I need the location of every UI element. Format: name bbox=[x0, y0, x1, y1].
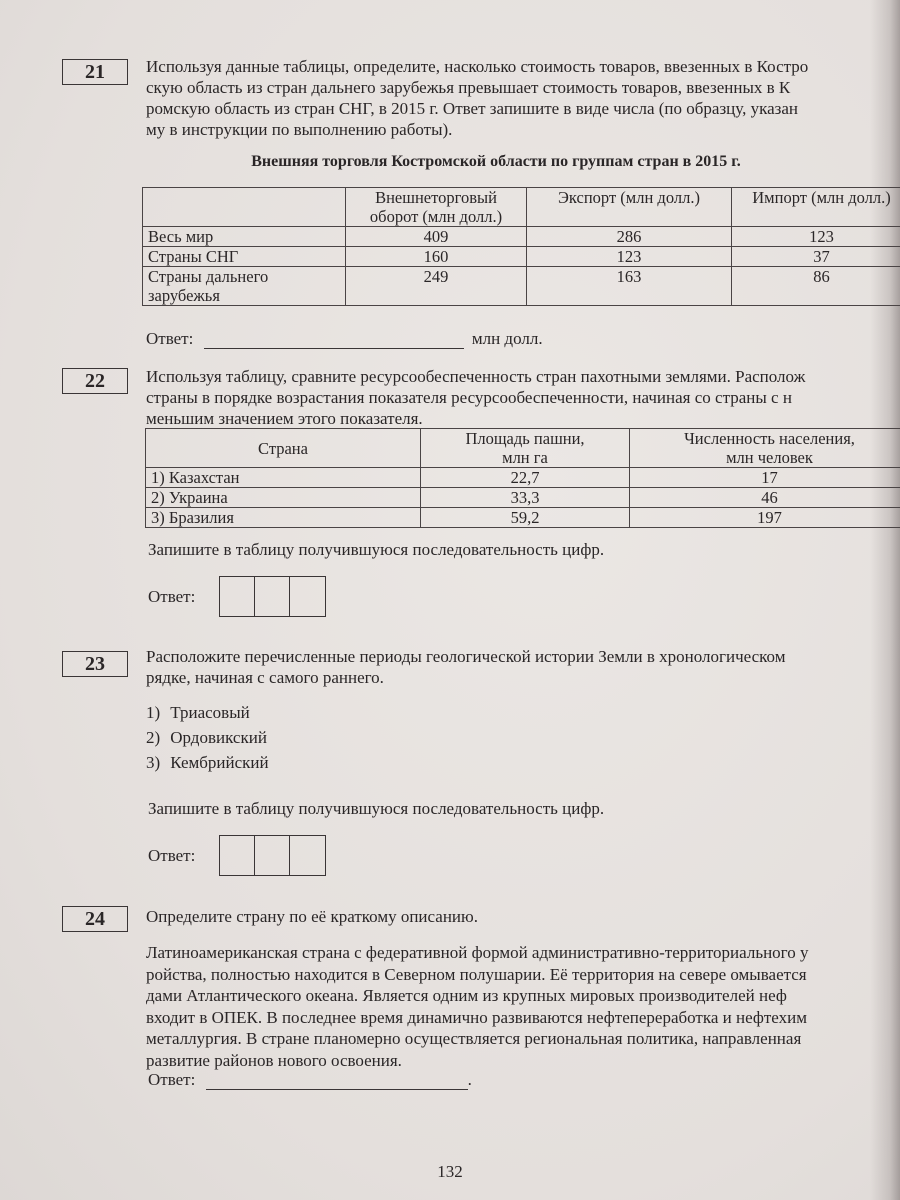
task-24-prompt: Определите страну по её краткому описани… bbox=[146, 906, 900, 927]
import-value: 86 bbox=[732, 267, 900, 306]
task-24-answer: Ответ: . bbox=[148, 1070, 472, 1090]
description-line: металлургия. В стране планомерно осущест… bbox=[146, 1028, 900, 1050]
row-label: Страны дальнего зарубежья bbox=[143, 267, 346, 306]
task-23-answer: Ответ: bbox=[148, 835, 326, 876]
header-text: Численность населения, bbox=[635, 429, 900, 448]
turnover-value: 160 bbox=[346, 247, 527, 267]
export-value: 163 bbox=[527, 267, 732, 306]
answer-input[interactable] bbox=[206, 1071, 468, 1090]
export-value: 123 bbox=[527, 247, 732, 267]
answer-input[interactable] bbox=[204, 330, 464, 349]
task-22-answer: Ответ: bbox=[148, 576, 326, 617]
answer-cell-1[interactable] bbox=[220, 577, 255, 616]
task-number-badge: 22 bbox=[62, 368, 128, 394]
arable-value: 22,7 bbox=[421, 468, 630, 488]
row-label: Весь мир bbox=[143, 227, 346, 247]
header-text: Внешнеторговый bbox=[351, 188, 521, 207]
option-item: 2) Ордовикский bbox=[146, 725, 269, 750]
turnover-value: 409 bbox=[346, 227, 527, 247]
table-header-cell: Экспорт (млн долл.) bbox=[527, 188, 732, 227]
answer-label: Ответ: bbox=[148, 846, 195, 866]
question-line: ромскую область из стран СНГ, в 2015 г. … bbox=[146, 98, 900, 119]
answer-cell-2[interactable] bbox=[255, 577, 290, 616]
table-row: Весь мир 409 286 123 bbox=[143, 227, 900, 247]
question-line: Используя таблицу, сравните ресурсообесп… bbox=[146, 366, 900, 387]
question-line: му в инструкции по выполнению работы). bbox=[146, 119, 900, 140]
population-value: 17 bbox=[630, 468, 900, 488]
answer-cells bbox=[219, 835, 326, 876]
export-value: 286 bbox=[527, 227, 732, 247]
arable-land-table: Страна Площадь пашни, млн га Численность… bbox=[145, 428, 900, 528]
question-line: Расположите перечисленные периоды геолог… bbox=[146, 646, 900, 667]
table-header-row: Страна Площадь пашни, млн га Численность… bbox=[146, 429, 900, 468]
option-label: Триасовый bbox=[170, 703, 249, 722]
answer-cell-1[interactable] bbox=[220, 836, 255, 875]
question-line: скую область из стран дальнего зарубежья… bbox=[146, 77, 900, 98]
description-line: Латиноамериканская страна с федеративной… bbox=[146, 942, 900, 964]
question-line: меньшим значением этого показателя. bbox=[146, 408, 900, 429]
answer-cell-2[interactable] bbox=[255, 836, 290, 875]
description-line: ройства, полностью находится в Северном … bbox=[146, 964, 900, 986]
task-22-instruction: Запишите в таблицу получившуюся последов… bbox=[148, 540, 604, 560]
question-line: страны в порядке возрастания показателя … bbox=[146, 387, 900, 408]
option-number: 1) bbox=[146, 700, 166, 725]
description-line: дами Атлантического океана. Является одн… bbox=[146, 985, 900, 1007]
arable-value: 59,2 bbox=[421, 508, 630, 528]
table-header-cell: Площадь пашни, млн га bbox=[421, 429, 630, 468]
answer-label: Ответ: bbox=[148, 587, 195, 607]
import-value: 37 bbox=[732, 247, 900, 267]
header-text: Площадь пашни, bbox=[426, 429, 624, 448]
description-line: входит в ОПЕК. В последнее время динамич… bbox=[146, 1007, 900, 1029]
table-header-row: Внешнеторговый оборот (млн долл.) Экспор… bbox=[143, 188, 900, 227]
task-number-badge: 24 bbox=[62, 906, 128, 932]
description-line: развитие районов нового освоения. bbox=[146, 1050, 900, 1072]
header-text: оборот (млн долл.) bbox=[351, 207, 521, 226]
table-header-cell: Численность населения, млн человек bbox=[630, 429, 900, 468]
question-line: рядке, начиная с самого раннего. bbox=[146, 667, 900, 688]
textbook-page: 21 Используя данные таблицы, определите,… bbox=[0, 0, 900, 1200]
option-label: Ордовикский bbox=[170, 728, 267, 747]
table-title: Внешняя торговля Костромской области по … bbox=[146, 153, 846, 171]
row-label: Страны СНГ bbox=[143, 247, 346, 267]
task-number-badge: 23 bbox=[62, 651, 128, 677]
import-value: 123 bbox=[732, 227, 900, 247]
task-22-question: Используя таблицу, сравните ресурсообесп… bbox=[146, 366, 900, 429]
country-name: 1) Казахстан bbox=[146, 468, 421, 488]
table-row: Страны СНГ 160 123 37 bbox=[143, 247, 900, 267]
population-value: 46 bbox=[630, 488, 900, 508]
answer-label: Ответ: bbox=[146, 329, 193, 348]
table-row: 2) Украина 33,3 46 bbox=[146, 488, 900, 508]
table-header-cell: Внешнеторговый оборот (млн долл.) bbox=[346, 188, 527, 227]
answer-label: Ответ: bbox=[148, 1070, 195, 1089]
turnover-value: 249 bbox=[346, 267, 527, 306]
row-label-text: Страны дальнего bbox=[148, 267, 340, 286]
question-line: Используя данные таблицы, определите, на… bbox=[146, 56, 900, 77]
option-item: 3) Кембрийский bbox=[146, 750, 269, 775]
answer-unit: млн долл. bbox=[472, 329, 543, 348]
country-description: Латиноамериканская страна с федеративной… bbox=[146, 942, 900, 1072]
population-value: 197 bbox=[630, 508, 900, 528]
page-number: 132 bbox=[0, 1162, 900, 1182]
period-options: 1) Триасовый 2) Ордовикский 3) Кембрийск… bbox=[146, 700, 269, 775]
answer-cell-3[interactable] bbox=[290, 836, 325, 875]
arable-value: 33,3 bbox=[421, 488, 630, 508]
option-label: Кембрийский bbox=[170, 753, 268, 772]
table-row: 1) Казахстан 22,7 17 bbox=[146, 468, 900, 488]
header-text: млн человек bbox=[635, 448, 900, 467]
answer-cells bbox=[219, 576, 326, 617]
country-name: 3) Бразилия bbox=[146, 508, 421, 528]
table-header-cell bbox=[143, 188, 346, 227]
task-21-question: Используя данные таблицы, определите, на… bbox=[146, 56, 900, 140]
task-number-badge: 21 bbox=[62, 59, 128, 85]
table-row: Страны дальнего зарубежья 249 163 86 bbox=[143, 267, 900, 306]
header-text: млн га bbox=[426, 448, 624, 467]
trade-table: Внешнеторговый оборот (млн долл.) Экспор… bbox=[142, 187, 900, 306]
option-number: 3) bbox=[146, 750, 166, 775]
country-name: 2) Украина bbox=[146, 488, 421, 508]
task-23-question: Расположите перечисленные периоды геолог… bbox=[146, 646, 900, 688]
task-23-instruction: Запишите в таблицу получившуюся последов… bbox=[148, 799, 604, 819]
option-number: 2) bbox=[146, 725, 166, 750]
answer-cell-3[interactable] bbox=[290, 577, 325, 616]
table-row: 3) Бразилия 59,2 197 bbox=[146, 508, 900, 528]
answer-period: . bbox=[468, 1070, 472, 1089]
task-21-answer: Ответ: млн долл. bbox=[146, 329, 543, 349]
option-item: 1) Триасовый bbox=[146, 700, 269, 725]
table-header-cell: Страна bbox=[146, 429, 421, 468]
table-header-cell: Импорт (млн долл.) bbox=[732, 188, 900, 227]
row-label-text: зарубежья bbox=[148, 286, 340, 305]
